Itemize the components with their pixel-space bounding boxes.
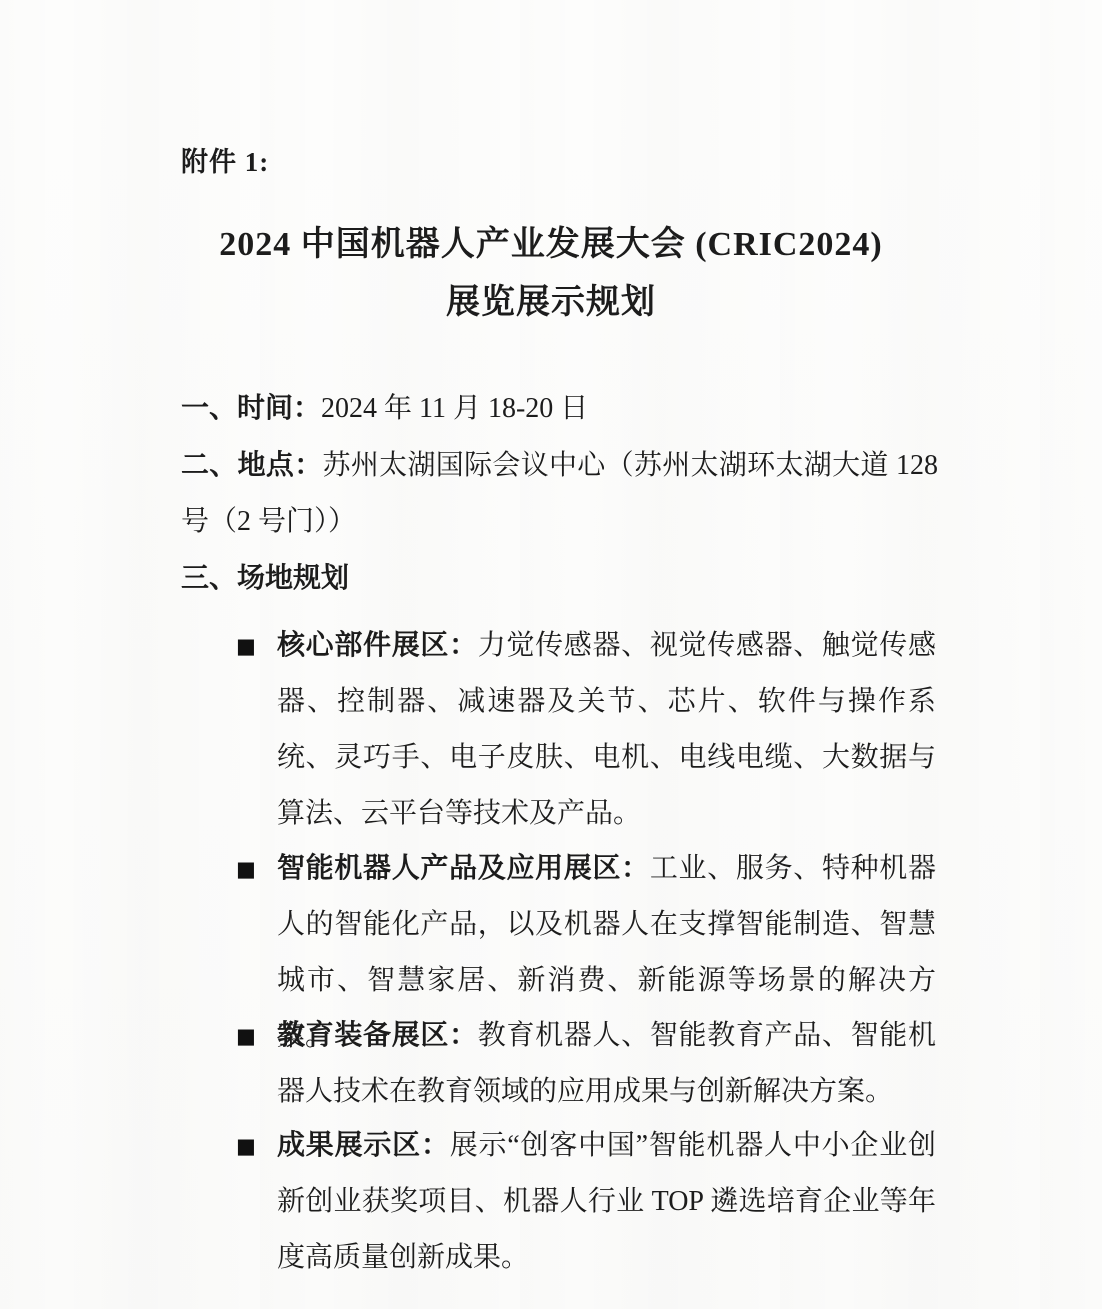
section-location-label: 二、地点： xyxy=(181,450,323,481)
section-location: 二、地点：苏州太湖国际会议中心（苏州太湖环太湖大道 128 号（2 号门）） xyxy=(181,438,938,550)
bullet-square-icon: ■ xyxy=(236,841,277,897)
section-time-text: 2024 年 11 月 18-20 日 xyxy=(321,393,588,424)
bullet-achievements-label: 成果展示区： xyxy=(277,1130,450,1161)
bullet-square-icon: ■ xyxy=(236,1008,277,1064)
section-time: 一、时间：2024 年 11 月 18-20 日 xyxy=(181,381,938,437)
bullet-achievements-text: 成果展示区：展示“创客中国”智能机器人中小企业创新创业获奖项目、机器人行业 TO… xyxy=(277,1118,936,1286)
document-title: 2024 中国机器人产业发展大会 (CRIC2024) 展览展示规划 xyxy=(0,216,1102,332)
bullet-core-components-label: 核心部件展区： xyxy=(277,630,478,661)
bullet-education-equipment-text: 教育装备展区：教育机器人、智能教育产品、智能机器人技术在教育领域的应用成果与创新… xyxy=(277,1008,936,1120)
bullet-smart-robot-products-label: 智能机器人产品及应用展区： xyxy=(277,853,650,884)
bullet-core-components: ■ 核心部件展区：力觉传感器、视觉传感器、触觉传感器、控制器、减速器及关节、芯片… xyxy=(236,618,936,842)
section-time-label: 一、时间： xyxy=(181,393,321,424)
title-line-1: 2024 中国机器人产业发展大会 (CRIC2024) xyxy=(0,216,1102,274)
bullet-achievements: ■ 成果展示区：展示“创客中国”智能机器人中小企业创新创业获奖项目、机器人行业 … xyxy=(236,1118,936,1286)
bullet-core-components-text: 核心部件展区：力觉传感器、视觉传感器、触觉传感器、控制器、减速器及关节、芯片、软… xyxy=(277,618,936,842)
section-venue-plan: 三、场地规划 xyxy=(181,551,938,607)
bullet-square-icon: ■ xyxy=(236,618,277,674)
bullet-education-equipment-label: 教育装备展区： xyxy=(277,1020,478,1051)
bullet-education-equipment: ■ 教育装备展区：教育机器人、智能教育产品、智能机器人技术在教育领域的应用成果与… xyxy=(236,1008,936,1120)
section-venue-plan-label: 三、场地规划 xyxy=(181,563,349,594)
document-page: 附件 1: 2024 中国机器人产业发展大会 (CRIC2024) 展览展示规划… xyxy=(0,0,1102,1309)
title-line-2: 展览展示规划 xyxy=(0,274,1102,332)
bullet-square-icon: ■ xyxy=(236,1118,277,1174)
attachment-label: 附件 1: xyxy=(181,140,269,179)
